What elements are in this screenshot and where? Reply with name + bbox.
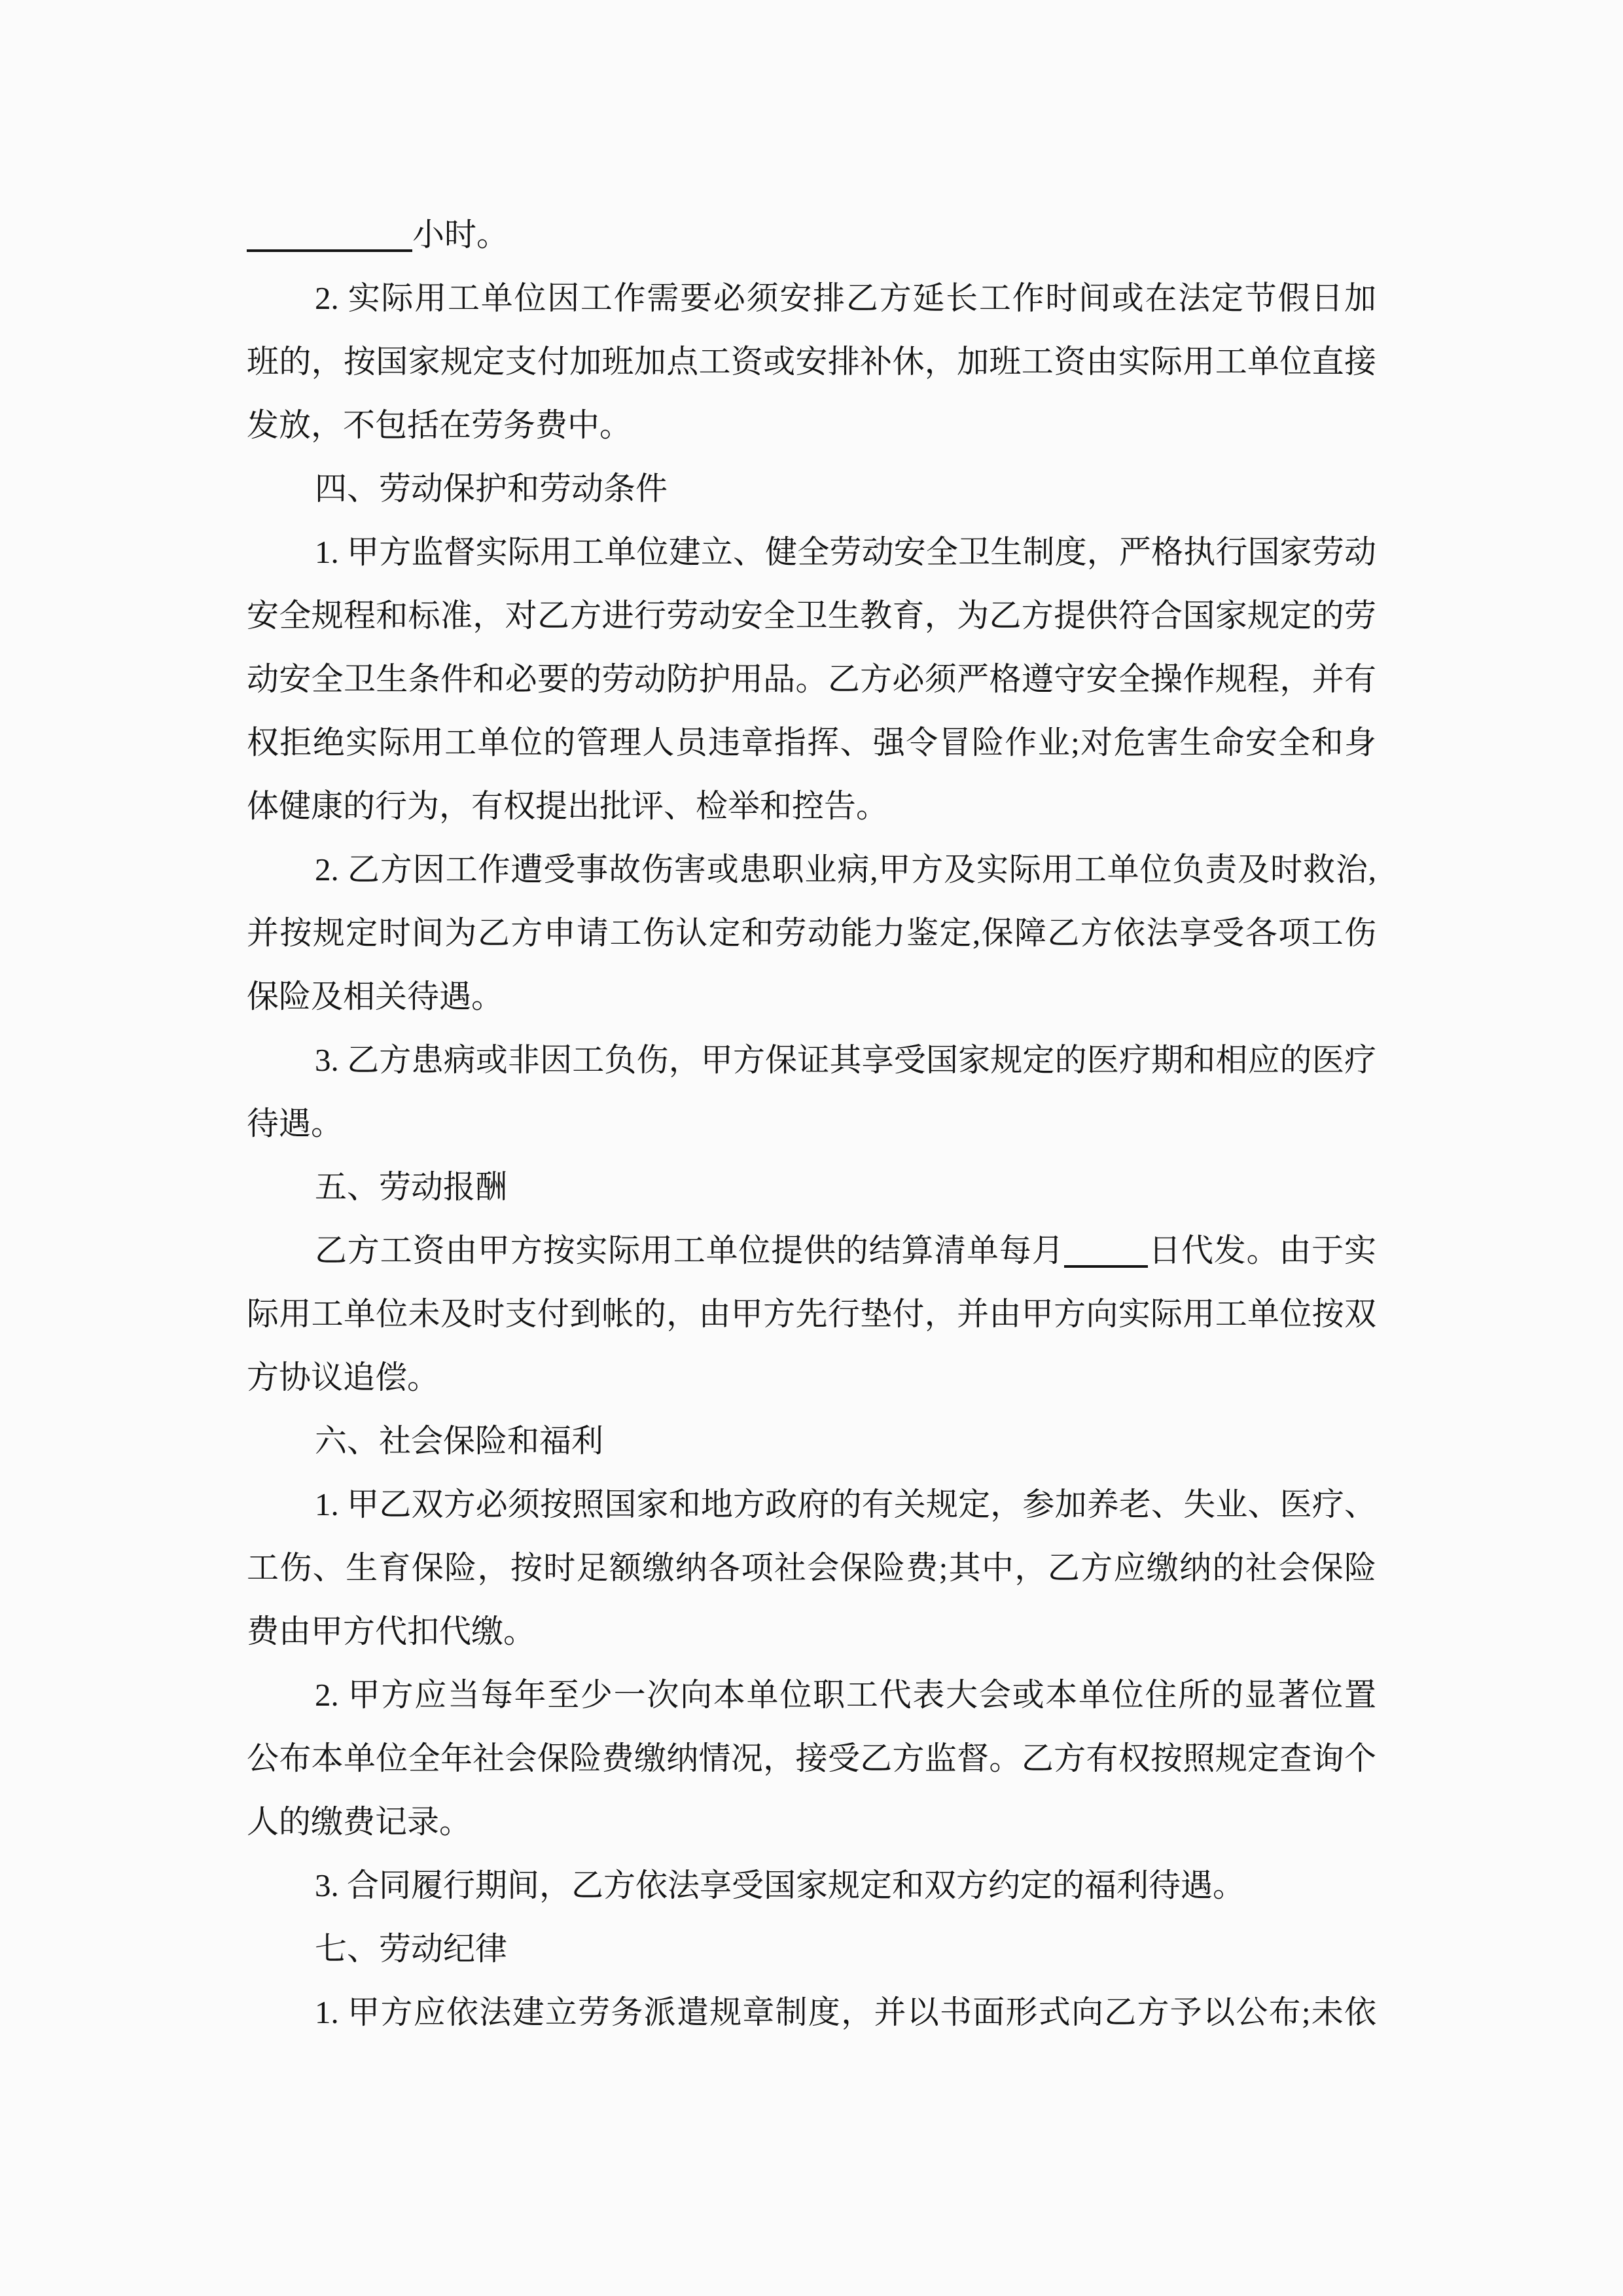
text-run: 1. 甲方监督实际用工单位建立、健全劳动安全卫生制度，严格执行国家劳动 xyxy=(315,534,1376,570)
text-run: 发放，不包括在劳务费中。 xyxy=(247,407,632,443)
text-line: 安全规程和标准，对乙方进行劳动安全卫生教育，为乙方提供符合国家规定的劳 xyxy=(247,584,1376,647)
text-run: 2. 甲方应当每年至少一次向本单位职工代表大会或本单位住所的显著位置 xyxy=(315,1677,1376,1713)
fill-in-blank-underline xyxy=(247,242,412,252)
text-line: 发放，不包括在劳务费中。 xyxy=(247,393,1376,457)
text-line: 2. 实际用工单位因工作需要必须安排乙方延长工作时间或在法定节假日加 xyxy=(247,266,1376,330)
text-run: 乙方工资由甲方按实际用工单位提供的结算清单每月 xyxy=(315,1232,1064,1268)
text-run: 2. 实际用工单位因工作需要必须安排乙方延长工作时间或在法定节假日加 xyxy=(315,280,1376,316)
text-run: 安全规程和标准，对乙方进行劳动安全卫生教育，为乙方提供符合国家规定的劳 xyxy=(247,598,1376,634)
text-run: 体健康的行为，有权提出批评、检举和控告。 xyxy=(247,788,888,824)
text-run: 3. 合同履行期间，乙方依法享受国家规定和双方约定的福利待遇。 xyxy=(315,1867,1245,1903)
text-line: 保险及相关待遇。 xyxy=(247,965,1376,1028)
text-run: 小时。 xyxy=(412,217,508,253)
text-line: 五、劳动报酬 xyxy=(247,1155,1376,1219)
text-run: 班的，按国家规定支付加班加点工资或安排补休，加班工资由实际用工单位直接 xyxy=(247,344,1376,380)
text-run: 1. 甲乙双方必须按照国家和地方政府的有关规定，参加养老、失业、医疗、 xyxy=(315,1486,1376,1522)
text-run: 动安全卫生条件和必要的劳动防护用品。乙方必须严格遵守安全操作规程，并有 xyxy=(247,661,1376,697)
text-run: 费由甲方代扣代缴。 xyxy=(247,1613,535,1649)
contract-text-body: 小时。2. 实际用工单位因工作需要必须安排乙方延长工作时间或在法定节假日加班的，… xyxy=(247,203,1376,2044)
text-run: 工伤、生育保险，按时足额缴纳各项社会保险费;其中，乙方应缴纳的社会保险 xyxy=(247,1550,1376,1586)
text-line: 方协议追偿。 xyxy=(247,1346,1376,1409)
text-line: 2. 乙方因工作遭受事故伤害或患职业病,甲方及实际用工单位负责及时救治, xyxy=(247,838,1376,901)
text-line: 3. 合同履行期间，乙方依法享受国家规定和双方约定的福利待遇。 xyxy=(247,1854,1376,1917)
text-line: 六、社会保险和福利 xyxy=(247,1409,1376,1473)
text-run: 际用工单位未及时支付到帐的，由甲方先行垫付，并由甲方向实际用工单位按双 xyxy=(247,1296,1376,1332)
contract-page: 小时。2. 实际用工单位因工作需要必须安排乙方延长工作时间或在法定节假日加班的，… xyxy=(0,0,1623,2296)
text-line: 并按规定时间为乙方申请工伤认定和劳动能力鉴定,保障乙方依法享受各项工伤 xyxy=(247,901,1376,965)
text-run: 四、劳动保护和劳动条件 xyxy=(315,471,668,507)
text-line: 体健康的行为，有权提出批评、检举和控告。 xyxy=(247,774,1376,838)
text-run: 六、社会保险和福利 xyxy=(315,1423,603,1459)
text-line: 权拒绝实际用工单位的管理人员违章指挥、强令冒险作业;对危害生命安全和身 xyxy=(247,711,1376,774)
text-run: 保险及相关待遇。 xyxy=(247,978,503,1014)
text-line: 动安全卫生条件和必要的劳动防护用品。乙方必须严格遵守安全操作规程，并有 xyxy=(247,647,1376,711)
text-line: 四、劳动保护和劳动条件 xyxy=(247,457,1376,520)
text-line: 乙方工资由甲方按实际用工单位提供的结算清单每月日代发。由于实 xyxy=(247,1219,1376,1282)
text-line: 人的缴费记录。 xyxy=(247,1790,1376,1854)
text-line: 费由甲方代扣代缴。 xyxy=(247,1600,1376,1663)
text-line: 1. 甲乙双方必须按照国家和地方政府的有关规定，参加养老、失业、医疗、 xyxy=(247,1473,1376,1536)
text-run: 1. 甲方应依法建立劳务派遣规章制度，并以书面形式向乙方予以公布;未依 xyxy=(315,1994,1376,2030)
fill-in-blank-underline xyxy=(1064,1257,1148,1268)
text-line: 七、劳动纪律 xyxy=(247,1917,1376,1981)
text-line: 待遇。 xyxy=(247,1092,1376,1155)
text-run: 七、劳动纪律 xyxy=(315,1931,507,1967)
text-line: 1. 甲方监督实际用工单位建立、健全劳动安全卫生制度，严格执行国家劳动 xyxy=(247,520,1376,584)
text-run: 权拒绝实际用工单位的管理人员违章指挥、强令冒险作业;对危害生命安全和身 xyxy=(247,725,1376,761)
text-line: 2. 甲方应当每年至少一次向本单位职工代表大会或本单位住所的显著位置 xyxy=(247,1663,1376,1727)
text-run: 2. 乙方因工作遭受事故伤害或患职业病,甲方及实际用工单位负责及时救治, xyxy=(315,852,1376,888)
text-run: 五、劳动报酬 xyxy=(315,1169,507,1205)
text-line: 3. 乙方患病或非因工负伤，甲方保证其享受国家规定的医疗期和相应的医疗 xyxy=(247,1028,1376,1092)
text-line: 际用工单位未及时支付到帐的，由甲方先行垫付，并由甲方向实际用工单位按双 xyxy=(247,1282,1376,1346)
text-line: 小时。 xyxy=(247,203,1376,266)
text-line: 1. 甲方应依法建立劳务派遣规章制度，并以书面形式向乙方予以公布;未依 xyxy=(247,1981,1376,2044)
text-line: 工伤、生育保险，按时足额缴纳各项社会保险费;其中，乙方应缴纳的社会保险 xyxy=(247,1536,1376,1600)
text-run: 3. 乙方患病或非因工负伤，甲方保证其享受国家规定的医疗期和相应的医疗 xyxy=(315,1042,1376,1078)
text-run: 公布本单位全年社会保险费缴纳情况，接受乙方监督。乙方有权按照规定查询个 xyxy=(247,1740,1376,1776)
text-run: 方协议追偿。 xyxy=(247,1359,439,1395)
text-line: 班的，按国家规定支付加班加点工资或安排补休，加班工资由实际用工单位直接 xyxy=(247,330,1376,393)
text-run: 待遇。 xyxy=(247,1105,343,1141)
text-run: 日代发。由于实 xyxy=(1148,1232,1376,1268)
text-run: 人的缴费记录。 xyxy=(247,1804,471,1840)
text-run: 并按规定时间为乙方申请工伤认定和劳动能力鉴定,保障乙方依法享受各项工伤 xyxy=(247,915,1376,951)
text-line: 公布本单位全年社会保险费缴纳情况，接受乙方监督。乙方有权按照规定查询个 xyxy=(247,1727,1376,1790)
